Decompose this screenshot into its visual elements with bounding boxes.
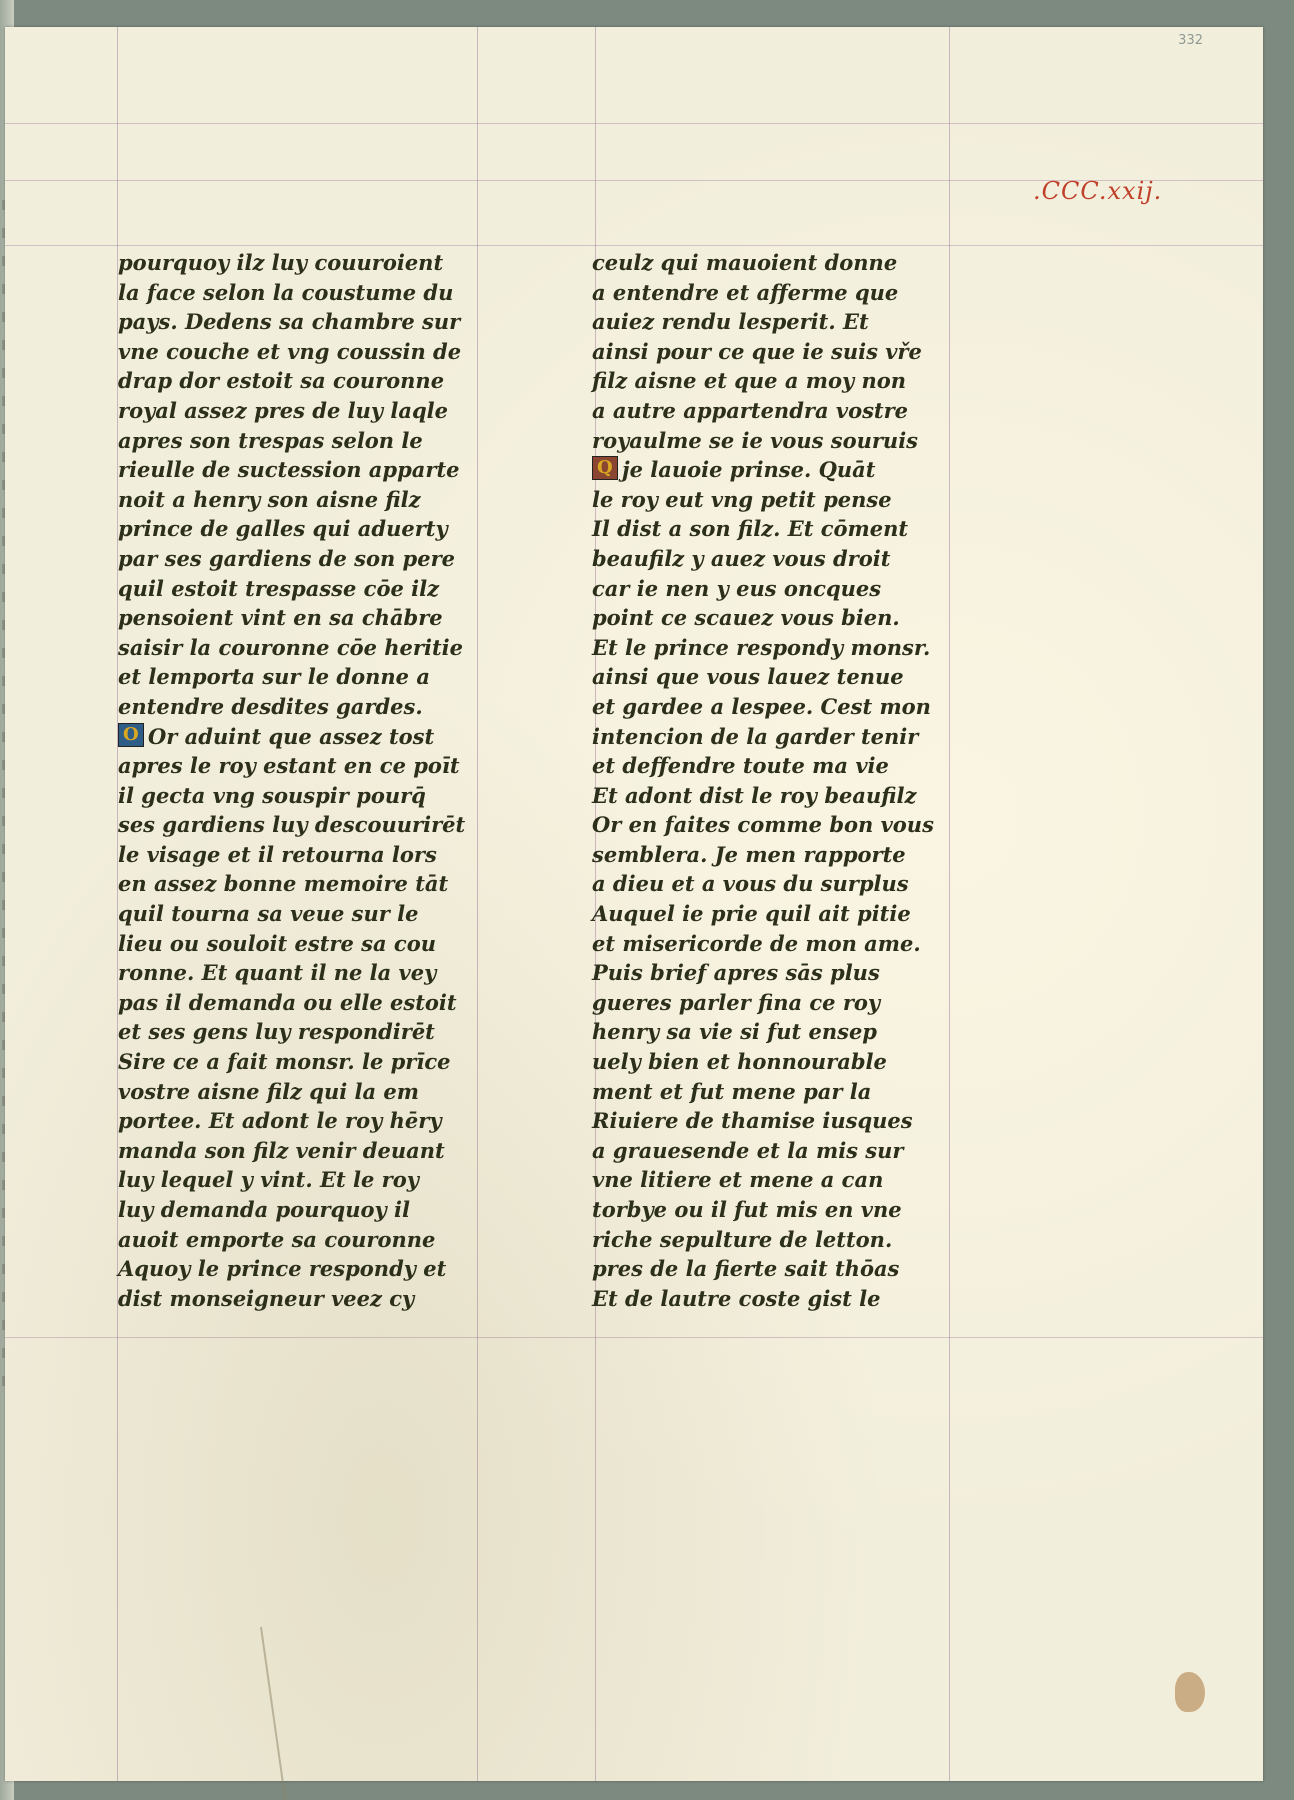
text-line: manda son filz venir deuant	[118, 1136, 503, 1166]
line-text: le roy eut vng petit pense	[592, 487, 892, 512]
line-text: il gecta vng souspir pourq̄	[118, 783, 426, 808]
illuminated-initial: O	[118, 723, 144, 747]
text-line: Qje lauoie prinse. Quāt	[592, 455, 977, 485]
line-text: vne couche et vng coussin de	[118, 339, 461, 364]
text-column-right: ceulz qui mauoient donnea entendre et af…	[592, 248, 977, 1313]
text-line: apres le roy estant en ce poīt	[118, 751, 503, 781]
line-text: portee. Et adont le roy hēry	[118, 1108, 442, 1133]
text-line: riche sepulture de letton.	[592, 1225, 977, 1255]
line-text: lieu ou souloit estre sa cou	[118, 931, 436, 956]
text-line: intencion de la garder tenir	[592, 722, 977, 752]
text-line: car ie nen y eus oncques	[592, 574, 977, 604]
text-line: a dieu et a vous du surplus	[592, 869, 977, 899]
line-text: riche sepulture de letton.	[592, 1227, 892, 1252]
text-line: ainsi pour ce que ie suis vře	[592, 337, 977, 367]
text-line: point ce scauez vous bien.	[592, 603, 977, 633]
text-line: quil tourna sa veue sur le	[118, 899, 503, 929]
text-line: Or en faites comme bon vous	[592, 810, 977, 840]
text-line: quil estoit trespasse cōe ilz	[118, 574, 503, 604]
line-text: drap dor estoit sa couronne	[118, 368, 444, 393]
text-line: la face selon la coustume du	[118, 278, 503, 308]
line-text: Puis brief apres sās plus	[592, 960, 880, 985]
text-line: ceulz qui mauoient donne	[592, 248, 977, 278]
text-line: ment et fut mene par la	[592, 1077, 977, 1107]
line-text: et gardee a lespee. Cest mon	[592, 694, 931, 719]
text-line: a autre appartendra vostre	[592, 396, 977, 426]
text-line: en assez bonne memoire tāt	[118, 869, 503, 899]
text-line: filz aisne et que a moy non	[592, 366, 977, 396]
line-text: en assez bonne memoire tāt	[118, 871, 448, 896]
line-text: et lemporta sur le donne a	[118, 664, 430, 689]
line-text: entendre desdites gardes.	[118, 694, 423, 719]
crease	[260, 1627, 287, 1800]
text-line: et misericorde de mon ame.	[592, 929, 977, 959]
ruling-line	[5, 1337, 1263, 1338]
line-text: point ce scauez vous bien.	[592, 605, 900, 630]
line-text: car ie nen y eus oncques	[592, 576, 881, 601]
line-text: gueres parler fina ce roy	[592, 990, 880, 1015]
line-text: royal assez pres de luy laqle	[118, 398, 448, 423]
text-line: auiez rendu lesperit. Et	[592, 307, 977, 337]
line-text: je lauoie prinse. Quāt	[622, 457, 875, 482]
line-text: uely bien et honnourable	[592, 1049, 887, 1074]
text-line: le roy eut vng petit pense	[592, 485, 977, 515]
text-line: uely bien et honnourable	[592, 1047, 977, 1077]
text-line: noit a henry son aisne filz	[118, 485, 503, 515]
chapter-rubric: .CCC.xxij.	[1033, 177, 1162, 205]
line-text: Auquel ie prie quil ait pitie	[592, 901, 911, 926]
line-text: manda son filz venir deuant	[118, 1138, 445, 1163]
line-text: intencion de la garder tenir	[592, 724, 918, 749]
line-text: Et de lautre coste gist le	[592, 1286, 880, 1311]
text-line: pays. Dedens sa chambre sur	[118, 307, 503, 337]
line-text: Or aduint que assez tost	[148, 724, 434, 749]
line-text: et misericorde de mon ame.	[592, 931, 921, 956]
text-line: Et de lautre coste gist le	[592, 1284, 977, 1314]
line-text: la face selon la coustume du	[118, 280, 453, 305]
line-text: Sire ce a fait monsr. le prīce	[118, 1049, 450, 1074]
line-text: ainsi que vous lauez tenue	[592, 664, 904, 689]
line-text: pensoient vint en sa chābre	[118, 605, 443, 630]
line-text: a autre appartendra vostre	[592, 398, 908, 423]
line-text: filz aisne et que a moy non	[592, 368, 906, 393]
text-line: pres de la fierte sait thōas	[592, 1254, 977, 1284]
line-text: ment et fut mene par la	[592, 1079, 871, 1104]
line-text: noit a henry son aisne filz	[118, 487, 421, 512]
text-line: semblera. Je men rapporte	[592, 840, 977, 870]
text-line: OOr aduint que assez tost	[118, 722, 503, 752]
text-line: Et adont dist le roy beaufilz	[592, 781, 977, 811]
line-text: pas il demanda ou elle estoit	[118, 990, 457, 1015]
text-line: Auquel ie prie quil ait pitie	[592, 899, 977, 929]
text-line: rieulle de suctession apparte	[118, 455, 503, 485]
text-line: prince de galles qui aduerty	[118, 514, 503, 544]
text-line: pensoient vint en sa chābre	[118, 603, 503, 633]
line-text: beaufilz y auez vous droit	[592, 546, 890, 571]
line-text: pourquoy ilz luy couuroient	[118, 250, 443, 275]
text-line: et lemporta sur le donne a	[118, 662, 503, 692]
text-line: il gecta vng souspir pourq̄	[118, 781, 503, 811]
text-line: torbye ou il fut mis en vne	[592, 1195, 977, 1225]
text-line: luy lequel y vint. Et le roy	[118, 1165, 503, 1195]
line-text: apres son trespas selon le	[118, 428, 423, 453]
line-text: a entendre et afferme que	[592, 280, 898, 305]
line-text: ses gardiens luy descouurirēt	[118, 812, 465, 837]
line-text: le visage et il retourna lors	[118, 842, 437, 867]
line-text: quil estoit trespasse cōe ilz	[118, 576, 439, 601]
line-text: Or en faites comme bon vous	[592, 812, 934, 837]
line-text: semblera. Je men rapporte	[592, 842, 906, 867]
line-text: quil tourna sa veue sur le	[118, 901, 419, 926]
text-line: Il dist a son filz. Et cōment	[592, 514, 977, 544]
line-text: et ses gens luy respondirēt	[118, 1019, 435, 1044]
line-text: saisir la couronne cōe heritie	[118, 635, 463, 660]
text-line: henry sa vie si fut ensep	[592, 1017, 977, 1047]
line-text: vostre aisne filz qui la em	[118, 1079, 419, 1104]
line-text: rieulle de suctession apparte	[118, 457, 460, 482]
text-line: vne couche et vng coussin de	[118, 337, 503, 367]
text-line: auoit emporte sa couronne	[118, 1225, 503, 1255]
text-line: pas il demanda ou elle estoit	[118, 988, 503, 1018]
text-line: a entendre et afferme que	[592, 278, 977, 308]
text-line: portee. Et adont le roy hēry	[118, 1106, 503, 1136]
text-line: et gardee a lespee. Cest mon	[592, 692, 977, 722]
line-text: a grauesende et la mis sur	[592, 1138, 903, 1163]
text-line: entendre desdites gardes.	[118, 692, 503, 722]
line-text: royaulme se ie vous souruis	[592, 428, 918, 453]
stain	[1175, 1672, 1205, 1712]
text-line: luy demanda pourquoy il	[118, 1195, 503, 1225]
line-text: Et adont dist le roy beaufilz	[592, 783, 916, 808]
text-line: Riuiere de thamise iusques	[592, 1106, 977, 1136]
text-line: vostre aisne filz qui la em	[118, 1077, 503, 1107]
text-line: a grauesende et la mis sur	[592, 1136, 977, 1166]
ruling-line	[5, 123, 1263, 124]
text-line: ainsi que vous lauez tenue	[592, 662, 977, 692]
line-text: a dieu et a vous du surplus	[592, 871, 909, 896]
text-line: le visage et il retourna lors	[118, 840, 503, 870]
text-line: ses gardiens luy descouurirēt	[118, 810, 503, 840]
line-text: Il dist a son filz. Et cōment	[592, 516, 908, 541]
line-text: luy lequel y vint. Et le roy	[118, 1167, 419, 1192]
text-line: et deffendre toute ma vie	[592, 751, 977, 781]
illuminated-initial: Q	[592, 456, 618, 480]
line-text: Aquoy le prince respondy et	[118, 1256, 446, 1281]
line-text: vne litiere et mene a can	[592, 1167, 883, 1192]
line-text: henry sa vie si fut ensep	[592, 1019, 877, 1044]
ruling-line	[5, 245, 1263, 246]
text-line: beaufilz y auez vous droit	[592, 544, 977, 574]
line-text: pays. Dedens sa chambre sur	[118, 309, 460, 334]
line-text: Riuiere de thamise iusques	[592, 1108, 913, 1133]
line-text: prince de galles qui aduerty	[118, 516, 448, 541]
line-text: par ses gardiens de son pere	[118, 546, 455, 571]
text-line: ronne. Et quant il ne la vey	[118, 958, 503, 988]
text-line: royaulme se ie vous souruis	[592, 426, 977, 456]
line-text: dist monseigneur veez cy	[118, 1286, 414, 1311]
line-text: torbye ou il fut mis en vne	[592, 1197, 902, 1222]
line-text: auiez rendu lesperit. Et	[592, 309, 869, 334]
line-text: ainsi pour ce que ie suis vře	[592, 339, 922, 364]
line-text: Et le prince respondy monsr.	[592, 635, 930, 660]
line-text: apres le roy estant en ce poīt	[118, 753, 460, 778]
text-line: Et le prince respondy monsr.	[592, 633, 977, 663]
line-text: auoit emporte sa couronne	[118, 1227, 435, 1252]
text-line: dist monseigneur veez cy	[118, 1284, 503, 1314]
folio-number: 332	[1178, 33, 1203, 48]
line-text: et deffendre toute ma vie	[592, 753, 889, 778]
text-line: apres son trespas selon le	[118, 426, 503, 456]
text-line: lieu ou souloit estre sa cou	[118, 929, 503, 959]
text-line: drap dor estoit sa couronne	[118, 366, 503, 396]
text-line: gueres parler fina ce roy	[592, 988, 977, 1018]
line-text: ceulz qui mauoient donne	[592, 250, 897, 275]
text-line: par ses gardiens de son pere	[118, 544, 503, 574]
text-line: et ses gens luy respondirēt	[118, 1017, 503, 1047]
line-text: luy demanda pourquoy il	[118, 1197, 410, 1222]
text-line: royal assez pres de luy laqle	[118, 396, 503, 426]
text-line: Sire ce a fait monsr. le prīce	[118, 1047, 503, 1077]
text-line: Puis brief apres sās plus	[592, 958, 977, 988]
text-line: pourquoy ilz luy couuroient	[118, 248, 503, 278]
text-column-left: pourquoy ilz luy couuroientla face selon…	[118, 248, 503, 1313]
text-line: Aquoy le prince respondy et	[118, 1254, 503, 1284]
line-text: ronne. Et quant il ne la vey	[118, 960, 436, 985]
text-line: vne litiere et mene a can	[592, 1165, 977, 1195]
text-line: saisir la couronne cōe heritie	[118, 633, 503, 663]
line-text: pres de la fierte sait thōas	[592, 1256, 899, 1281]
